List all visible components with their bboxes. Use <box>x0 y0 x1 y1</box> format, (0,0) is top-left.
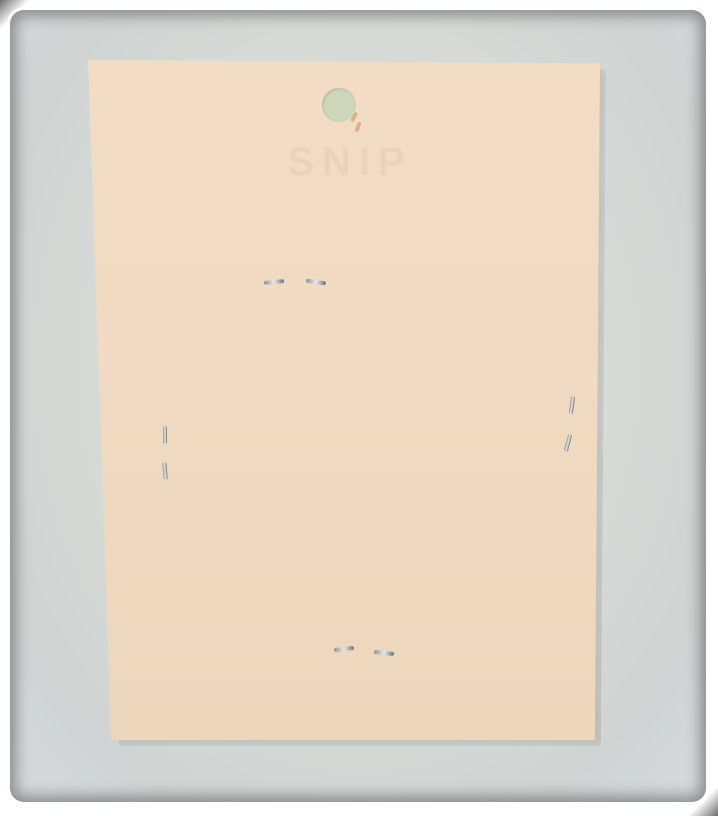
faint-printed-text: SNIP <box>0 140 700 185</box>
staple-left-upper <box>163 426 167 444</box>
